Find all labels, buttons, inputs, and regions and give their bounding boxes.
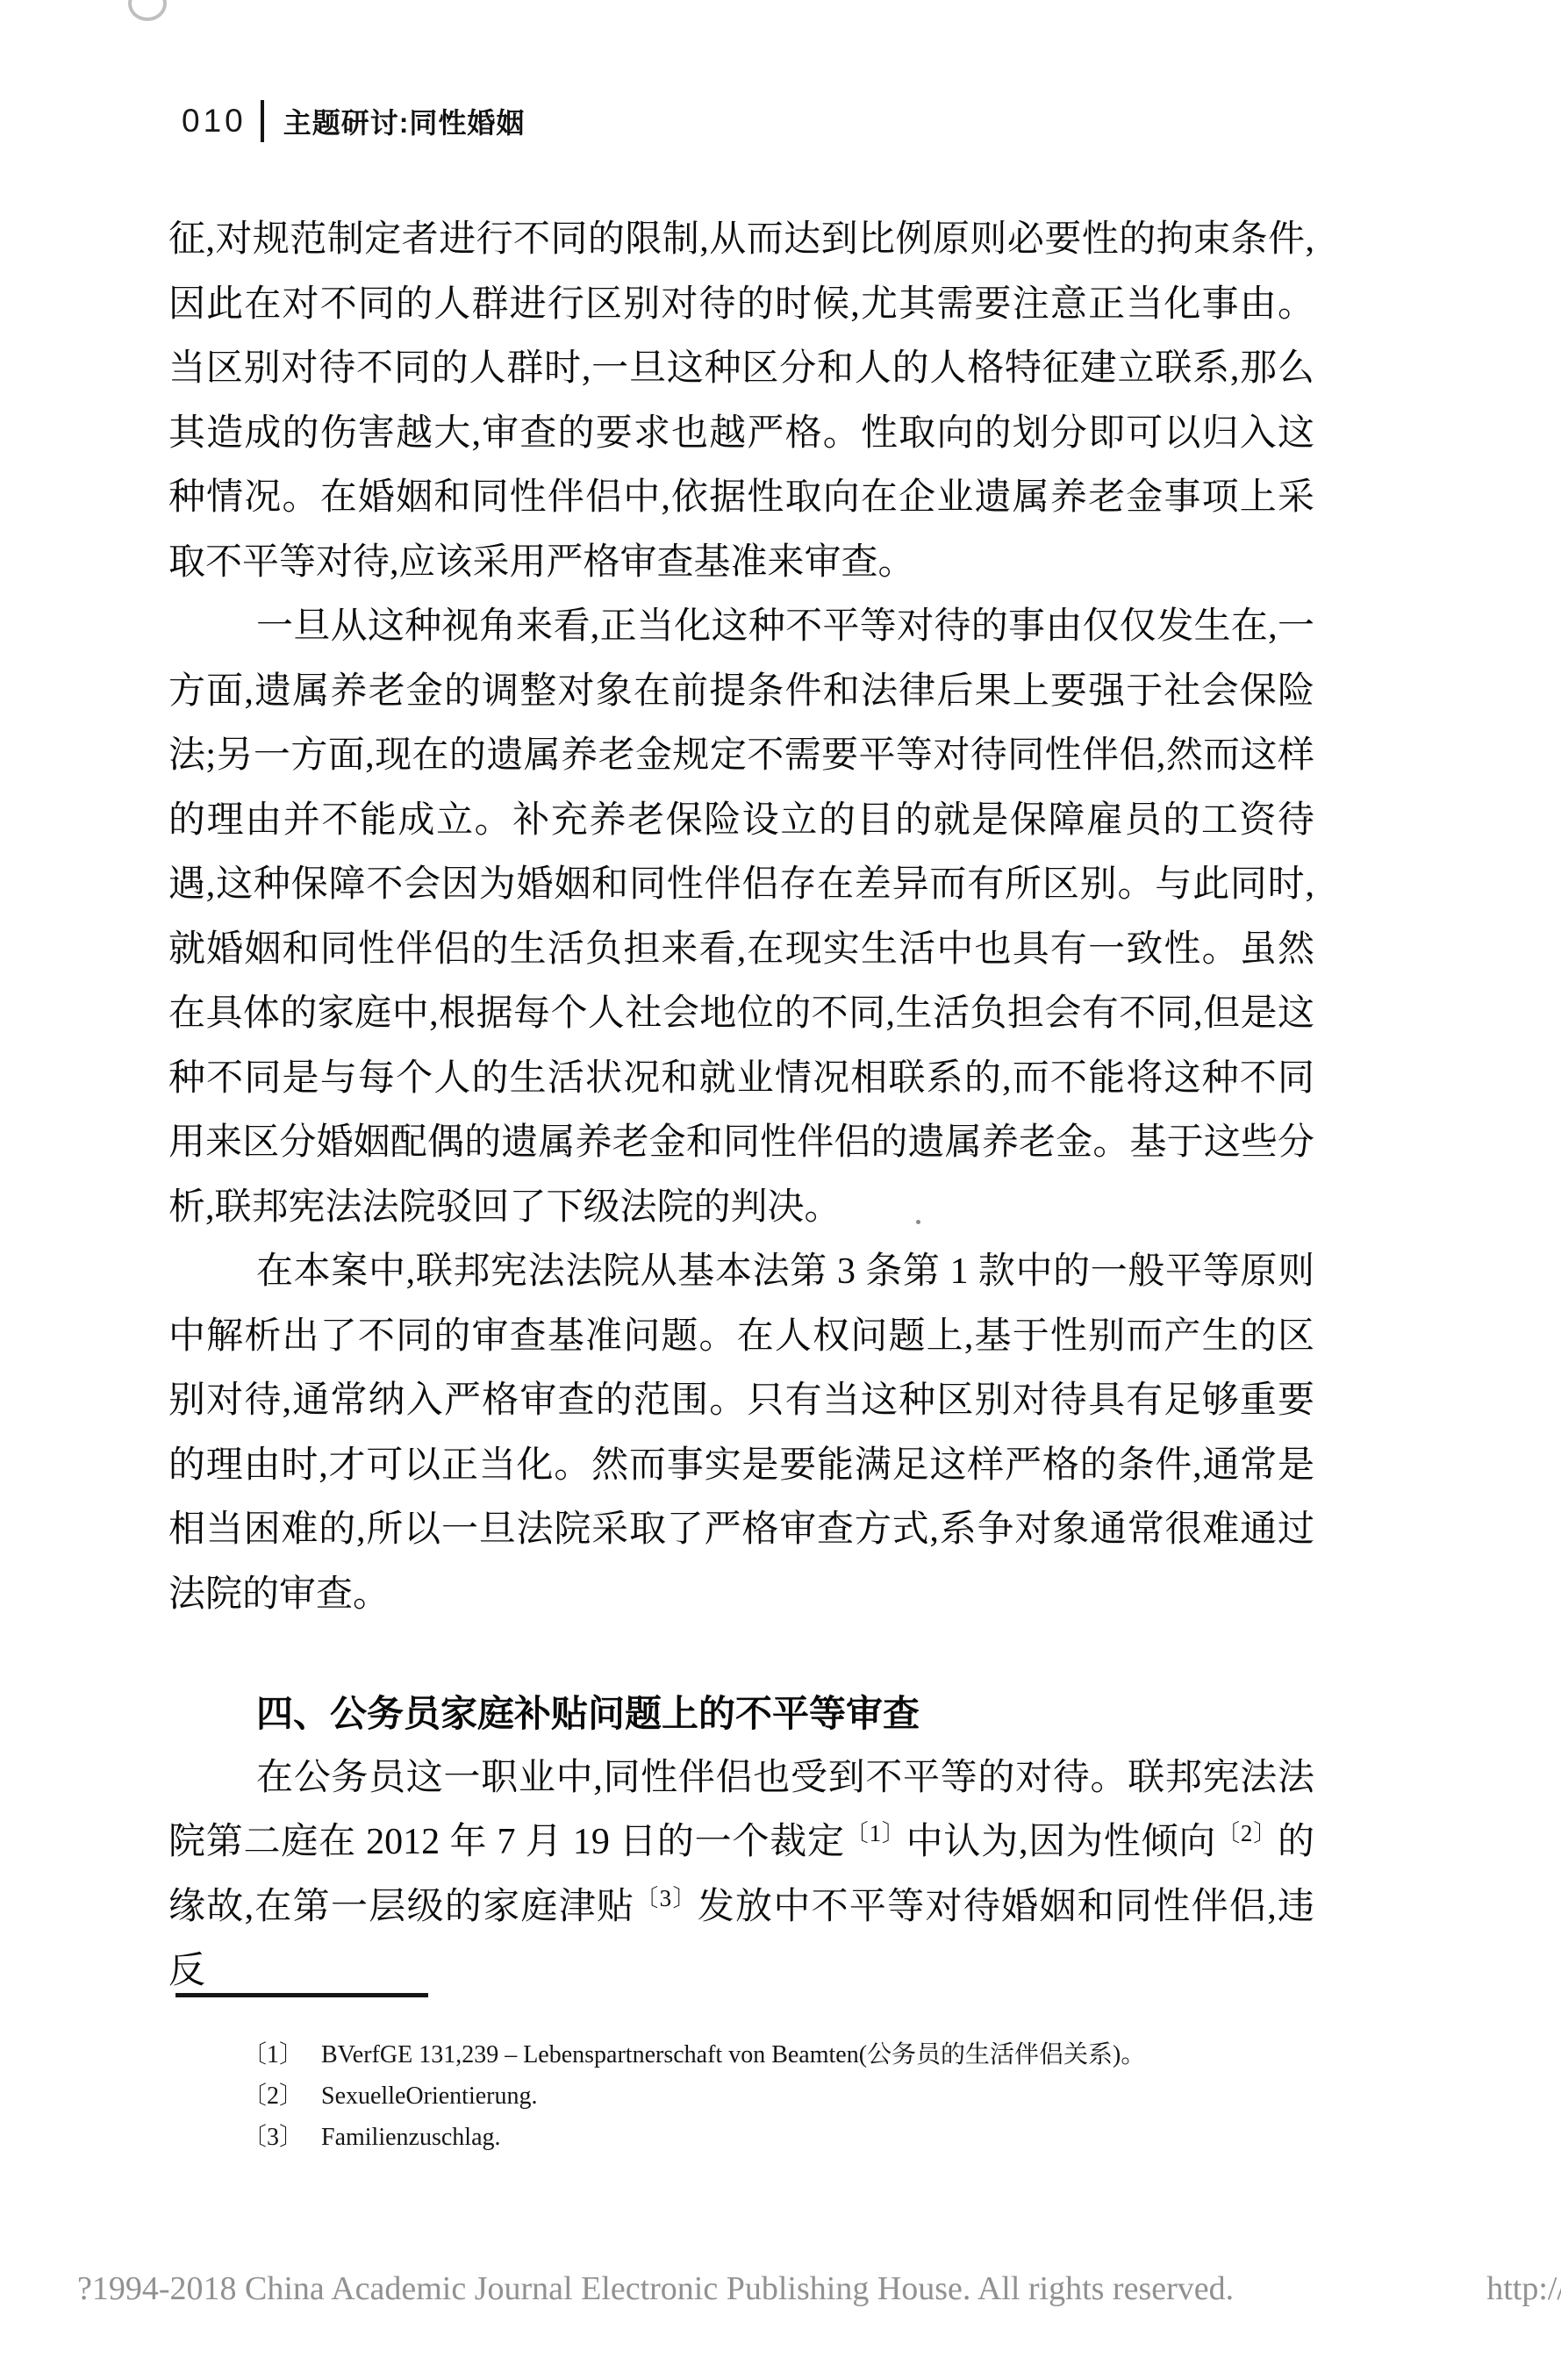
footnote-text: BVerfGE 131,239 – Lebenspartnerschaft vo… (321, 2034, 1318, 2075)
paragraph-continuation: 征,对规范制定者进行不同的限制,从而达到比例原则必要性的拘束条件,因此在对不同的… (168, 208, 1314, 595)
header-divider (261, 100, 264, 142)
footnote-text: SexuelleOrientierung. (321, 2075, 1318, 2117)
footnote-item: 〔1〕 BVerfGE 131,239 – Lebenspartnerschaf… (242, 2034, 1318, 2075)
paragraph-with-footnotes: 在公务员这一职业中,同性伴侣也受到不平等的对待。联邦宪法法院第二庭在 2012 … (168, 1746, 1314, 2004)
footnote-marker: 〔1〕 (242, 2034, 321, 2075)
url-fragment-text: http:// (1486, 2269, 1561, 2308)
footnote-item: 〔2〕 SexuelleOrientierung. (242, 2075, 1318, 2117)
scan-speck (916, 1220, 920, 1224)
paragraph: 在本案中,联邦宪法法院从基本法第 3 条第 1 款中的一般平等原则中解析出了不同… (168, 1240, 1314, 1627)
footnotes-block: 〔1〕 BVerfGE 131,239 – Lebenspartnerschaf… (242, 2034, 1318, 2158)
footnote-ref-1: 〔1〕 (845, 1820, 906, 1846)
footnote-item: 〔3〕 Familienzuschlag. (242, 2117, 1318, 2158)
running-section-title: 主题研讨:同性婚姻 (283, 101, 526, 141)
footnote-marker: 〔3〕 (242, 2117, 321, 2158)
section-heading: 四、公务员家庭补贴问题上的不平等审查 (168, 1681, 1314, 1746)
page-number: 010 (182, 103, 247, 140)
body-text-block: 征,对规范制定者进行不同的限制,从而达到比例原则必要性的拘束条件,因此在对不同的… (168, 208, 1314, 2004)
footnote-marker: 〔2〕 (242, 2075, 321, 2117)
paragraph: 一旦从这种视角来看,正当化这种不平等对待的事由仅仅发生在,一方面,遗属养老金的调… (168, 595, 1314, 1240)
scanned-document-page: 010 主题研讨:同性婚姻 征,对规范制定者进行不同的限制,从而达到比例原则必要… (0, 0, 1561, 2380)
page-header: 010 主题研讨:同性婚姻 (182, 100, 525, 142)
footnote-ref-3: 〔3〕 (634, 1885, 697, 1911)
footnote-text: Familienzuschlag. (321, 2117, 1318, 2158)
watermark-footer: ?1994-2018 China Academic Journal Electr… (0, 2269, 1561, 2317)
footnote-ref-2: 〔2〕 (1216, 1820, 1278, 1846)
footnote-divider (175, 1993, 428, 1997)
scan-artifact (128, 0, 167, 21)
paragraph-text: 中认为,因为性倾向 (906, 1822, 1217, 1862)
copyright-text: ?1994-2018 China Academic Journal Electr… (77, 2269, 1234, 2308)
